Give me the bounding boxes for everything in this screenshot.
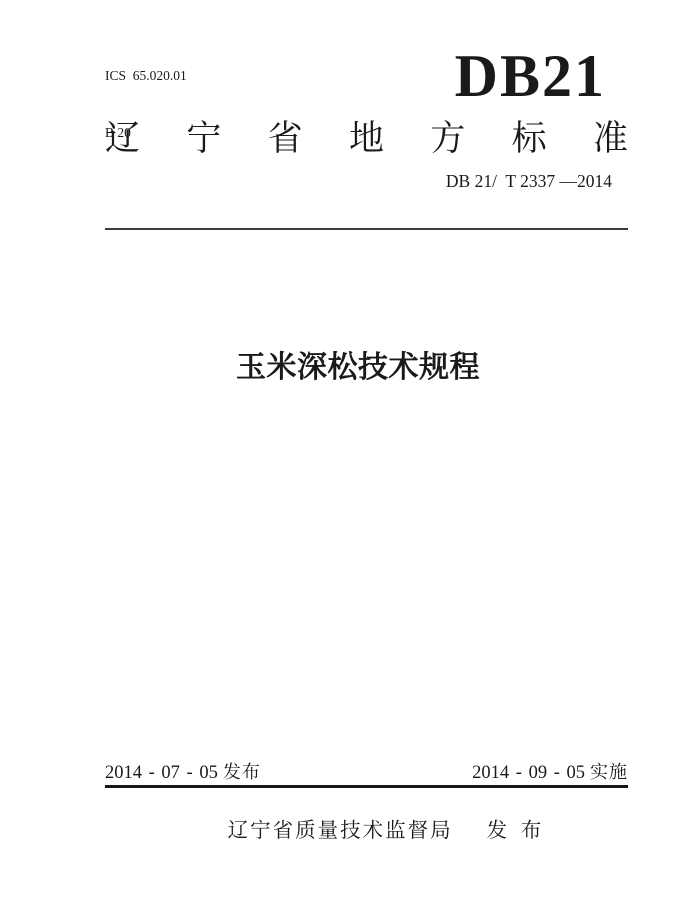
standard-cover-page: ICS 65.020.01 B 20 DB21 辽 宁 省 地 方 标 准 DB…	[0, 0, 700, 906]
standard-category-row: 辽 宁 省 地 方 标 准	[105, 118, 628, 160]
footer-rule	[105, 785, 628, 788]
category-char: 地	[349, 118, 384, 160]
implementation-date: 2014 - 09 - 05实施	[472, 762, 628, 784]
document-title: 玉米深松技术规程	[8, 349, 700, 387]
header-rule	[105, 228, 628, 230]
category-char: 方	[430, 118, 465, 160]
db21-logo: DB21	[455, 46, 606, 106]
publish-action-label: 发 布	[487, 818, 543, 845]
ics-code: ICS 65.020.01	[105, 66, 187, 85]
issue-date-suffix: 发布	[223, 762, 261, 782]
category-char: 宁	[186, 118, 221, 160]
category-char: 标	[512, 118, 547, 160]
implementation-date-value: 2014 - 09 - 05	[472, 763, 585, 783]
implementation-date-suffix: 实施	[590, 762, 628, 782]
publisher-row: 辽宁省质量技术监督局 发 布	[35, 818, 700, 845]
category-char: 省	[268, 118, 303, 160]
issue-date: 2014 - 07 - 05发布	[105, 762, 261, 784]
dates-row: 2014 - 07 - 05发布 2014 - 09 - 05实施	[105, 762, 628, 784]
category-char: 辽	[105, 118, 140, 160]
issuing-authority: 辽宁省质量技术监督局	[228, 818, 453, 845]
standard-number: DB 21/ T 2337 —2014	[446, 171, 612, 192]
category-char: 准	[593, 118, 628, 160]
issue-date-value: 2014 - 07 - 05	[105, 763, 218, 783]
